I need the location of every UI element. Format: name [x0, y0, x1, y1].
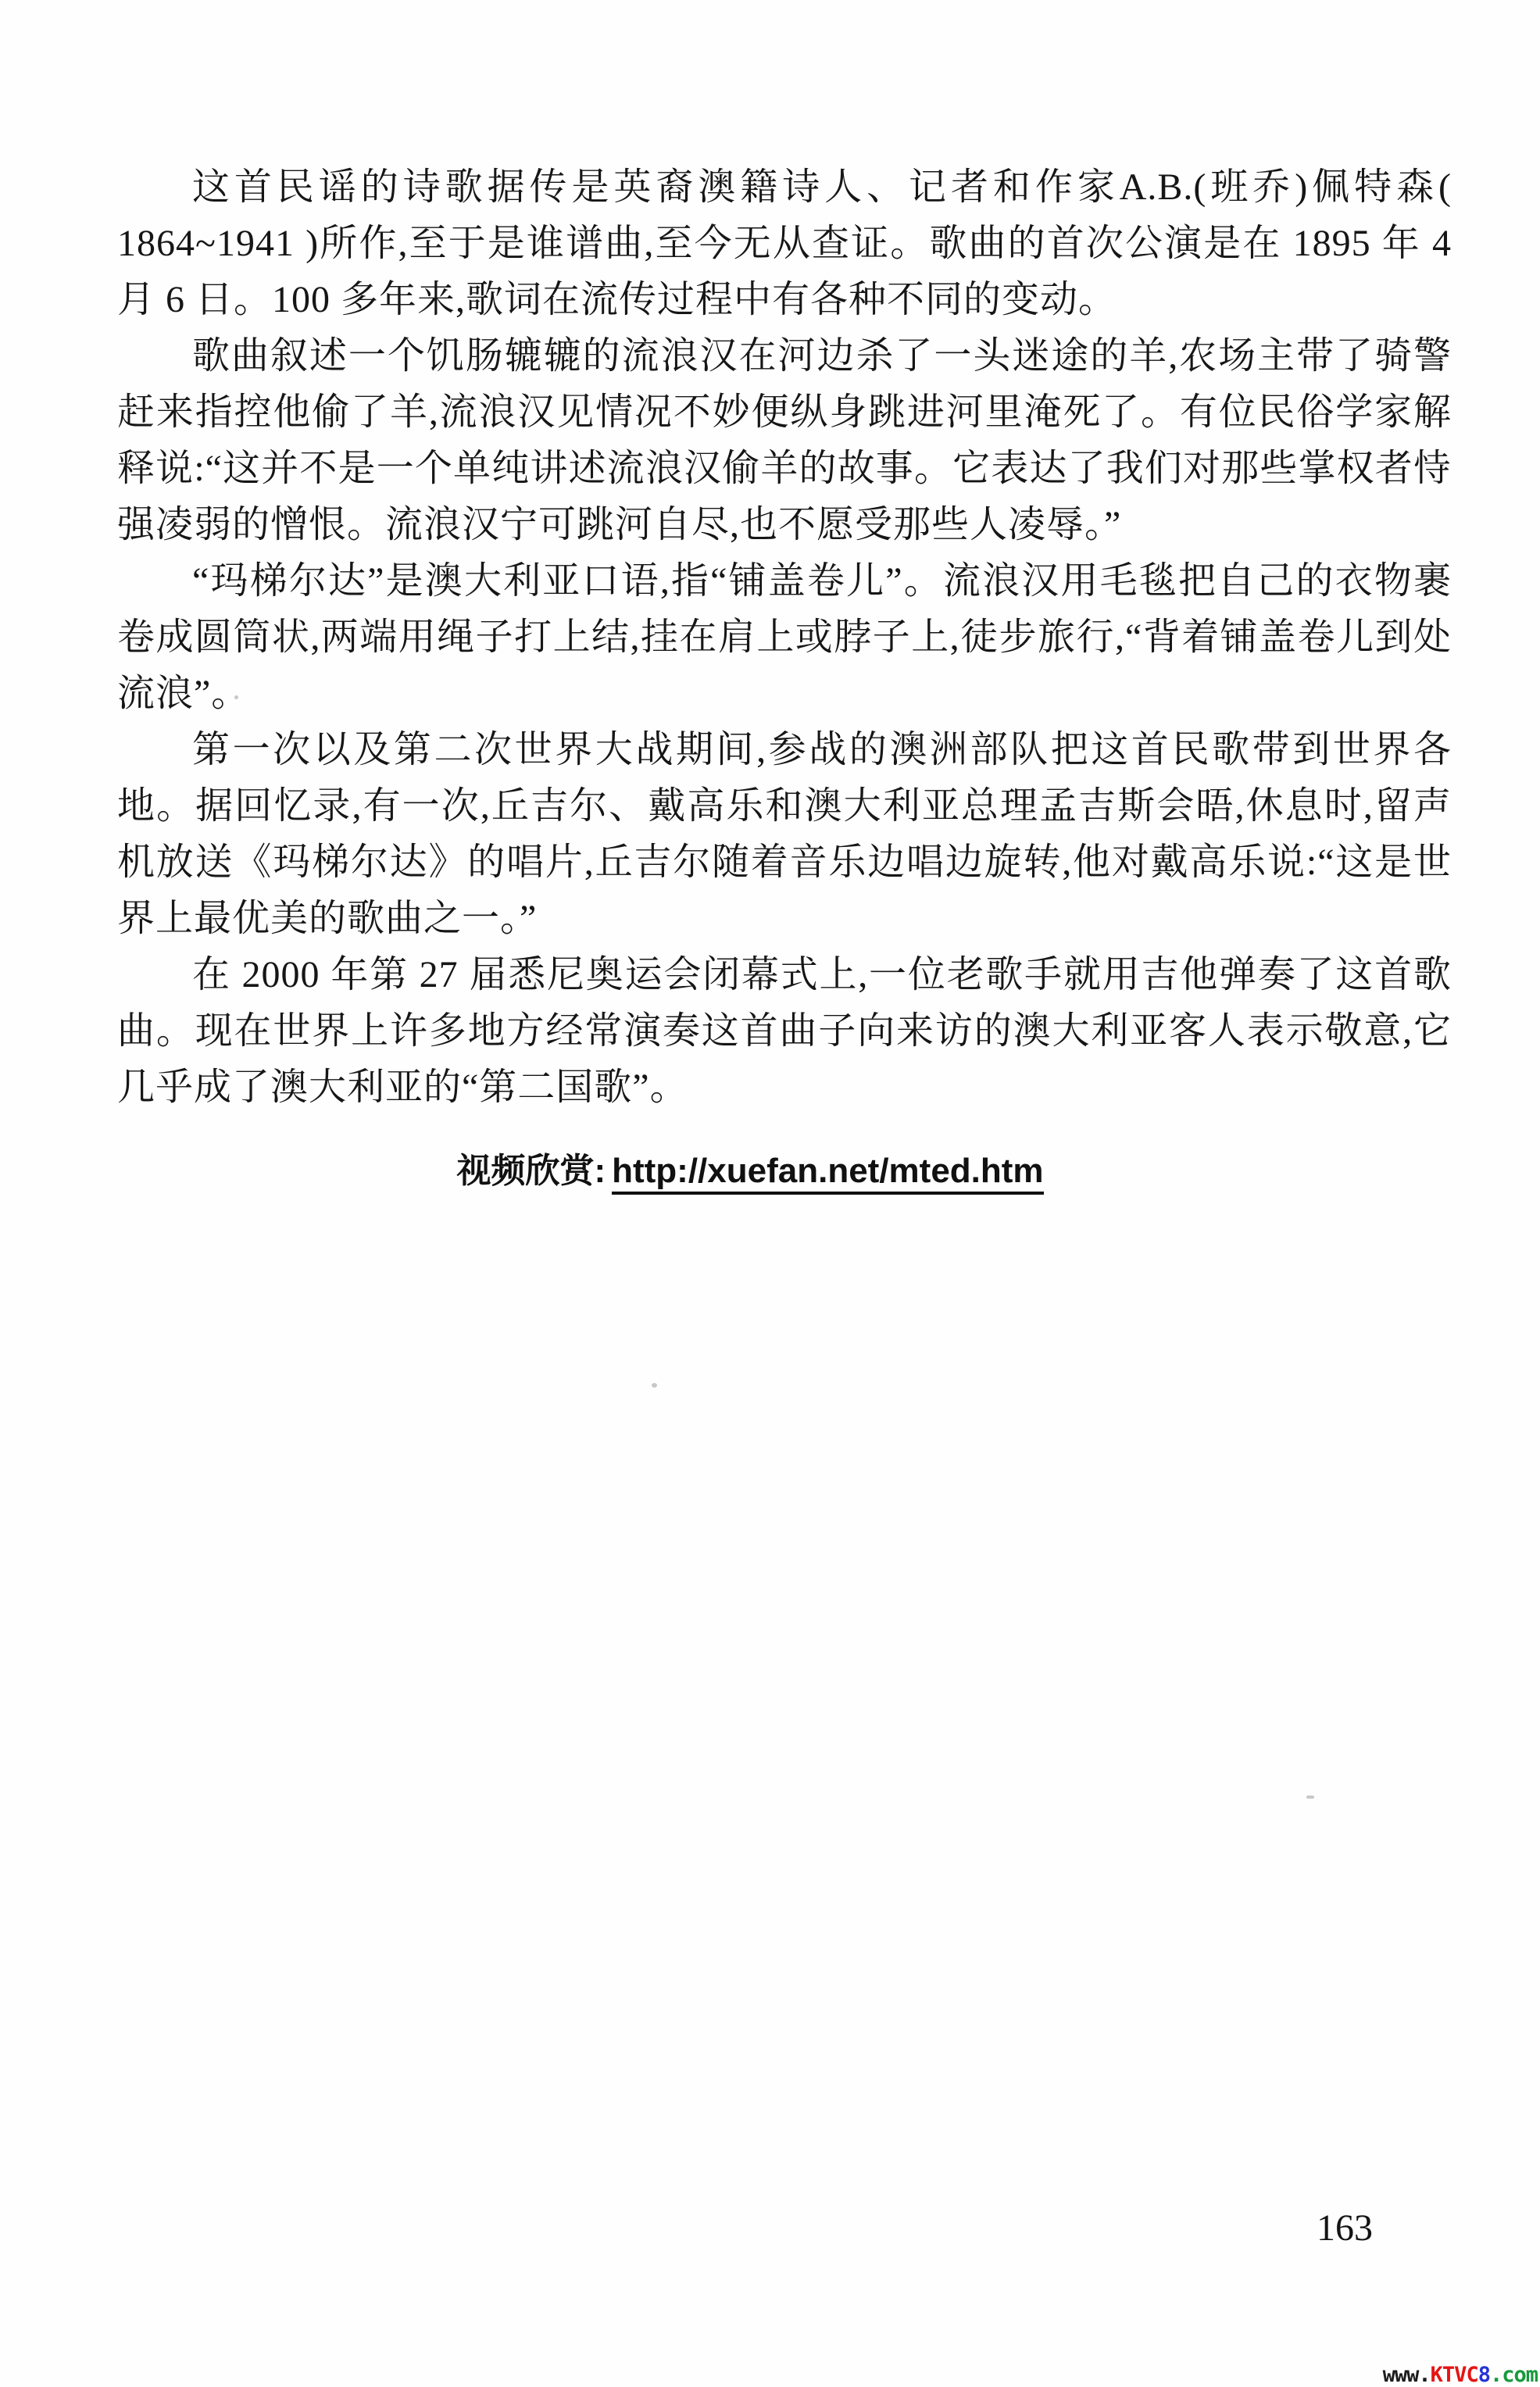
paragraph: 在 2000 年第 27 届悉尼奥运会闭幕式上,一位老歌手就用吉他弹奏了这首歌曲… — [117, 947, 1452, 1116]
video-link-line: 视频欣赏:http://xuefan.net/mted.htm — [0, 1142, 1500, 1192]
watermark-segment-ktvc: KTVC — [1431, 2363, 1478, 2387]
watermark-segment-eight: 8 — [1478, 2363, 1490, 2387]
document-text: 这首民谣的诗歌据传是英裔澳籍诗人、记者和作家A.B.(班乔)佩特森( 1864~… — [117, 159, 1452, 1116]
video-url-link[interactable]: http://xuefan.net/mted.htm — [612, 1152, 1043, 1195]
watermark-segment-www: www. — [1383, 2363, 1431, 2387]
scan-speck — [234, 695, 238, 699]
scanned-page: 这首民谣的诗歌据传是英裔澳籍诗人、记者和作家A.B.(班乔)佩特森( 1864~… — [0, 0, 1540, 2387]
page-number: 163 — [1317, 2207, 1373, 2249]
scan-speck — [1306, 1796, 1314, 1799]
paragraph: 歌曲叙述一个饥肠辘辘的流浪汉在河边杀了一头迷途的羊,农场主带了骑警赶来指控他偷了… — [117, 328, 1452, 553]
paragraph: 这首民谣的诗歌据传是英裔澳籍诗人、记者和作家A.B.(班乔)佩特森( 1864~… — [117, 159, 1452, 328]
scan-speck — [652, 1383, 657, 1388]
video-label: 视频欣赏: — [456, 1152, 606, 1190]
watermark: www.KTVC8.com — [1383, 2364, 1538, 2385]
watermark-segment-com: .com — [1490, 2363, 1538, 2387]
paragraph: “玛梯尔达”是澳大利亚口语,指“铺盖卷儿”。流浪汉用毛毯把自己的衣物裹卷成圆筒状… — [117, 553, 1452, 722]
paragraph: 第一次以及第二次世界大战期间,参战的澳洲部队把这首民歌带到世界各地。据回忆录,有… — [117, 722, 1452, 947]
